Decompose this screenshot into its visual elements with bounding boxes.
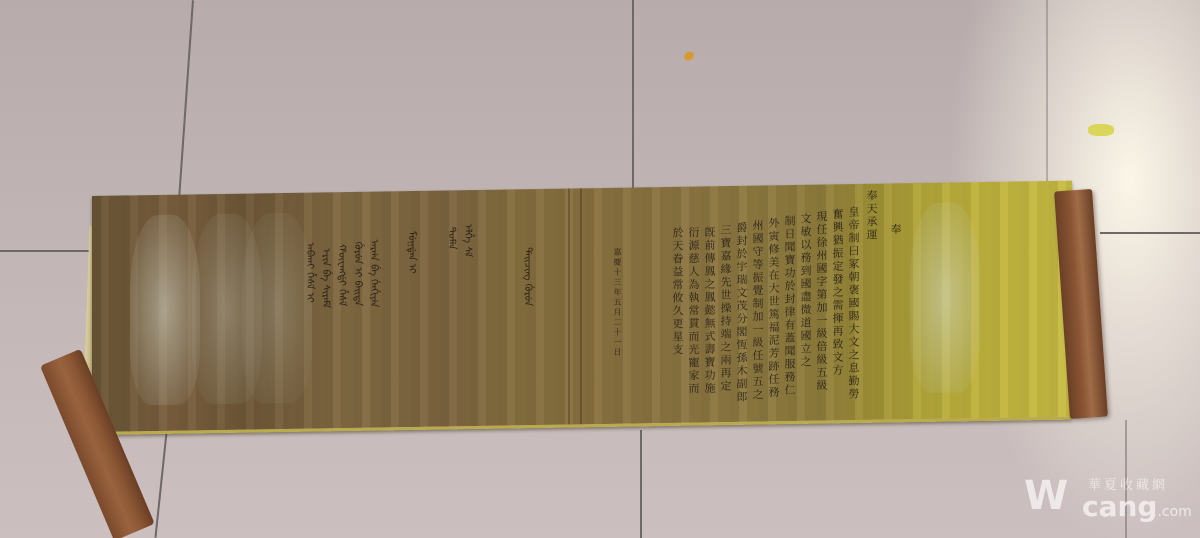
edict-header: 奉天承運 [864,190,878,242]
edict-scroll: ᠠᠪᡴᠠᡳ ᡥᡝᠰᡝ ᡳ ᡝᡵᡳᠨ ᠪᡝ ᠰᡳᡵᠠᠮᡝ ᡥᡡᠸᠠᠩᡩᡳ ᡥᡝᠰᡝ… [92,181,1072,435]
watermark-brand-name: cang [1082,490,1157,523]
dragon-pattern [910,202,980,393]
manchu-text: ᡤᡠᡵᡠᠨ ᡳ ᠪᠠᡳᡨᠠ [350,242,364,402]
manchu-text: ᡝᡵᡳᠨ ᠪᡝ ᠰᡳᡵᠠᠮᡝ [318,248,332,408]
edict-text-column: 州國守等振覺制加一級任號五之 [750,219,764,401]
edict-text-column: 現任徐州國字第加一級倍級五級 [814,210,828,392]
manchu-text: ᠠᠪᡴᠠᡳ ᡥᡝᠰᡝ ᡳ [302,242,316,412]
silk-seam [568,188,570,424]
edict-text-column: 衍源慈人為執常貫而光寵家而 [686,226,700,395]
manchu-text: ᡝᠯᡥᡝ ᠰᡝ [460,224,474,304]
edict-text-column: 奮興猶振定發之需揮再致文方 [830,208,844,377]
edict-text-column: 皇帝制曰冢朝褒國賜大文之息勤勞 [846,206,860,401]
edict-mark: 奉 [888,223,902,236]
watermark-brand: cang.com [1082,490,1192,523]
edict-text-column: 爵封於宇瑞文茂分閣恆孫木副郎 [734,222,748,404]
edict-text-column: 外寅修美在大世篤福泥芳跡任務 [766,217,780,399]
manchu-text: ᡩᠠᡳᠴᡳᠩ ᡤᡠᡵᡠᠨ [520,247,534,367]
manchu-text: ᡨᡠᠮᡝᠨ [444,226,458,286]
date-line: 嘉慶十三年五月二十一日 [612,248,622,358]
manchu-text: ᠮᡠᡴᡩᡝᠨ ᡳ [404,231,418,381]
edict-text-column: 制日聞寶功於封律有蓋聞服務仁 [782,215,796,397]
watermark-logo-icon: W [1024,470,1068,522]
tile-grout [640,430,642,538]
edict-text-column: 三寶嘉緣先世操持端之兩再定 [718,224,732,393]
watermark-tld: .com [1157,504,1191,520]
edict-text-column: 於天眷益常攸久更星支 [670,227,684,357]
tile-grout [1046,0,1048,190]
tile-grout [1100,232,1200,234]
tile-grout [178,0,194,200]
dragon-pattern [130,214,200,405]
manchu-text: ᡥᡡᠸᠠᠩᡩᡳ ᡥᡝᠰᡝ [334,244,348,404]
edict-text-column: 旣前傳鳳之鳳懿無式壽寶功施 [702,226,716,395]
silk-seam [580,188,582,424]
edict-text-column: 文敏以務到國盡微道國立之 [798,213,812,369]
tile-grout [154,432,167,538]
tile-grout [632,0,634,200]
manchu-text: ᠠᡵᡤᠠ ᠪᡝ ᡤᡝᠨᡤᡳᠶᡝᠨ [366,239,380,399]
floor-stain [1088,124,1114,136]
watermark: W 華夏收藏網 cang.com [1022,468,1192,528]
tile-grout [0,250,100,252]
